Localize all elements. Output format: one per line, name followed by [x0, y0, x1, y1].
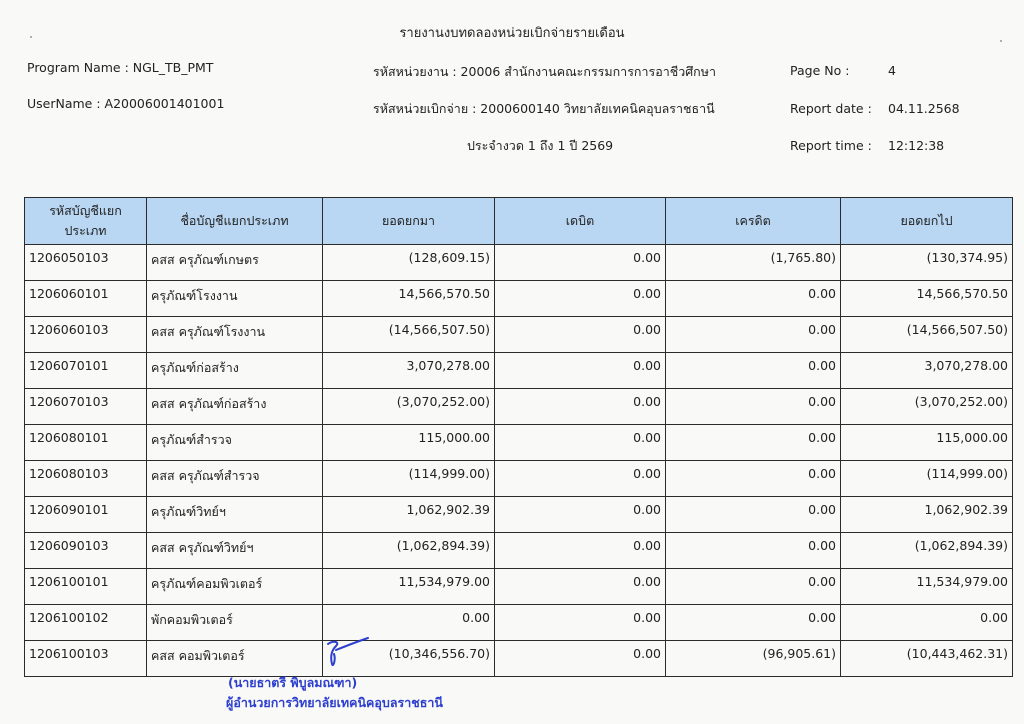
table-row: 1206060103คสส ครุภัณฑ์โรงงาน(14,566,507.…	[25, 317, 1013, 353]
cell-opening-balance: (114,999.00)	[323, 461, 495, 497]
cell-account-name: คสส ครุภัณฑ์ก่อสร้าง	[147, 389, 323, 425]
cell-account-code: 1206060103	[25, 317, 147, 353]
cell-closing-balance: (114,999.00)	[841, 461, 1013, 497]
cell-account-name: ครุภัณฑ์สำรวจ	[147, 425, 323, 461]
cell-opening-balance: (3,070,252.00)	[323, 389, 495, 425]
header-account-name: ชื่อบัญชีแยกประเภท	[147, 198, 323, 245]
header-closing-balance: ยอดยกไป	[841, 198, 1013, 245]
table-row: 1206080101ครุภัณฑ์สำรวจ115,000.000.000.0…	[25, 425, 1013, 461]
trial-balance-table: รหัสบัญชีแยกประเภท ชื่อบัญชีแยกประเภท ยอ…	[24, 197, 1013, 677]
cell-credit: 0.00	[666, 353, 841, 389]
cell-opening-balance: 11,534,979.00	[323, 569, 495, 605]
table-row: 1206070101ครุภัณฑ์ก่อสร้าง3,070,278.000.…	[25, 353, 1013, 389]
cell-credit: (96,905.61)	[666, 641, 841, 677]
table-row: 1206100102พักคอมพิวเตอร์0.000.000.000.00	[25, 605, 1013, 641]
cell-credit: 0.00	[666, 389, 841, 425]
cell-account-code: 1206100101	[25, 569, 147, 605]
header-credit: เครดิต	[666, 198, 841, 245]
header-debit: เดบิต	[495, 198, 666, 245]
cell-closing-balance: (1,062,894.39)	[841, 533, 1013, 569]
cell-account-name: คสส ครุภัณฑ์โรงงาน	[147, 317, 323, 353]
cell-closing-balance: 14,566,570.50	[841, 281, 1013, 317]
cell-closing-balance: 0.00	[841, 605, 1013, 641]
cell-opening-balance: (1,062,894.39)	[323, 533, 495, 569]
cell-account-code: 1206090101	[25, 497, 147, 533]
cell-credit: 0.00	[666, 317, 841, 353]
cell-closing-balance: 3,070,278.00	[841, 353, 1013, 389]
cell-account-name: คสส ครุภัณฑ์สำรวจ	[147, 461, 323, 497]
cell-credit: 0.00	[666, 533, 841, 569]
table-row: 1206090101ครุภัณฑ์วิทย์ฯ1,062,902.390.00…	[25, 497, 1013, 533]
user-name: UserName : A20006001401001	[27, 96, 224, 111]
cell-opening-balance: 14,566,570.50	[323, 281, 495, 317]
cell-credit: 0.00	[666, 461, 841, 497]
cell-opening-balance: (14,566,507.50)	[323, 317, 495, 353]
agency: รหัสหน่วยงาน : 20006 สำนักงานคณะกรรมการก…	[373, 62, 716, 82]
cell-account-name: คสส ครุภัณฑ์เกษตร	[147, 245, 323, 281]
cell-debit: 0.00	[495, 389, 666, 425]
scan-speck	[30, 36, 32, 38]
cell-account-code: 1206100102	[25, 605, 147, 641]
cell-account-code: 1206070101	[25, 353, 147, 389]
cell-account-name: ครุภัณฑ์คอมพิวเตอร์	[147, 569, 323, 605]
program-name: Program Name : NGL_TB_PMT	[27, 60, 213, 75]
signature-mark	[322, 636, 372, 676]
cell-closing-balance: (10,443,462.31)	[841, 641, 1013, 677]
signatory-position: ผู้อำนวยการวิทยาลัยเทคนิคอุบลราชธานี	[226, 693, 443, 713]
cell-debit: 0.00	[495, 605, 666, 641]
cell-account-code: 1206090103	[25, 533, 147, 569]
table-row: 1206090103คสส ครุภัณฑ์วิทย์ฯ(1,062,894.3…	[25, 533, 1013, 569]
header-account-code: รหัสบัญชีแยกประเภท	[25, 198, 147, 245]
report-time-label: Report time :	[790, 138, 872, 153]
cell-closing-balance: 1,062,902.39	[841, 497, 1013, 533]
cell-closing-balance: 11,534,979.00	[841, 569, 1013, 605]
cell-account-name: พักคอมพิวเตอร์	[147, 605, 323, 641]
cell-debit: 0.00	[495, 497, 666, 533]
table-row: 1206100103คสส คอมพิวเตอร์(10,346,556.70)…	[25, 641, 1013, 677]
cell-opening-balance: 115,000.00	[323, 425, 495, 461]
cell-account-name: คสส คอมพิวเตอร์	[147, 641, 323, 677]
cell-closing-balance: (14,566,507.50)	[841, 317, 1013, 353]
cell-account-name: ครุภัณฑ์วิทย์ฯ	[147, 497, 323, 533]
disbursing-unit: รหัสหน่วยเบิกจ่าย : 2000600140 วิทยาลัยเ…	[373, 99, 715, 119]
cell-credit: 0.00	[666, 281, 841, 317]
cell-account-code: 1206070103	[25, 389, 147, 425]
report-date-label: Report date :	[790, 101, 872, 116]
cell-account-code: 1206080101	[25, 425, 147, 461]
cell-account-code: 1206100103	[25, 641, 147, 677]
header-opening-balance: ยอดยกมา	[323, 198, 495, 245]
cell-credit: 0.00	[666, 569, 841, 605]
cell-account-code: 1206060101	[25, 281, 147, 317]
table-row: 1206070103คสส ครุภัณฑ์ก่อสร้าง(3,070,252…	[25, 389, 1013, 425]
table-row: 1206060101ครุภัณฑ์โรงงาน14,566,570.500.0…	[25, 281, 1013, 317]
cell-debit: 0.00	[495, 569, 666, 605]
cell-debit: 0.00	[495, 245, 666, 281]
cell-account-code: 1206050103	[25, 245, 147, 281]
cell-credit: 0.00	[666, 605, 841, 641]
cell-debit: 0.00	[495, 425, 666, 461]
cell-opening-balance: (128,609.15)	[323, 245, 495, 281]
cell-debit: 0.00	[495, 281, 666, 317]
cell-debit: 0.00	[495, 533, 666, 569]
scan-speck	[1000, 40, 1002, 42]
cell-debit: 0.00	[495, 353, 666, 389]
cell-account-name: ครุภัณฑ์โรงงาน	[147, 281, 323, 317]
cell-opening-balance: 1,062,902.39	[323, 497, 495, 533]
cell-account-name: คสส ครุภัณฑ์วิทย์ฯ	[147, 533, 323, 569]
signatory-name: (นายธาตรี พิบูลมณฑา)	[228, 673, 357, 693]
cell-closing-balance: (3,070,252.00)	[841, 389, 1013, 425]
report-date: 04.11.2568	[888, 101, 960, 116]
cell-debit: 0.00	[495, 461, 666, 497]
cell-debit: 0.00	[495, 317, 666, 353]
report-title: รายงานงบทดลองหน่วยเบิกจ่ายรายเดือน	[0, 22, 1024, 43]
table-row: 1206100101ครุภัณฑ์คอมพิวเตอร์11,534,979.…	[25, 569, 1013, 605]
cell-closing-balance: (130,374.95)	[841, 245, 1013, 281]
cell-credit: 0.00	[666, 497, 841, 533]
cell-debit: 0.00	[495, 641, 666, 677]
cell-closing-balance: 115,000.00	[841, 425, 1013, 461]
cell-credit: (1,765.80)	[666, 245, 841, 281]
page-no: 4	[888, 63, 896, 78]
cell-credit: 0.00	[666, 425, 841, 461]
cell-account-code: 1206080103	[25, 461, 147, 497]
report-period: ประจำงวด 1 ถึง 1 ปี 2569	[467, 136, 613, 156]
cell-account-name: ครุภัณฑ์ก่อสร้าง	[147, 353, 323, 389]
table-header-row: รหัสบัญชีแยกประเภท ชื่อบัญชีแยกประเภท ยอ…	[25, 198, 1013, 245]
table-row: 1206080103คสส ครุภัณฑ์สำรวจ(114,999.00)0…	[25, 461, 1013, 497]
report-time: 12:12:38	[888, 138, 944, 153]
table-row: 1206050103คสส ครุภัณฑ์เกษตร(128,609.15)0…	[25, 245, 1013, 281]
cell-opening-balance: 3,070,278.00	[323, 353, 495, 389]
page-no-label: Page No :	[790, 63, 849, 78]
